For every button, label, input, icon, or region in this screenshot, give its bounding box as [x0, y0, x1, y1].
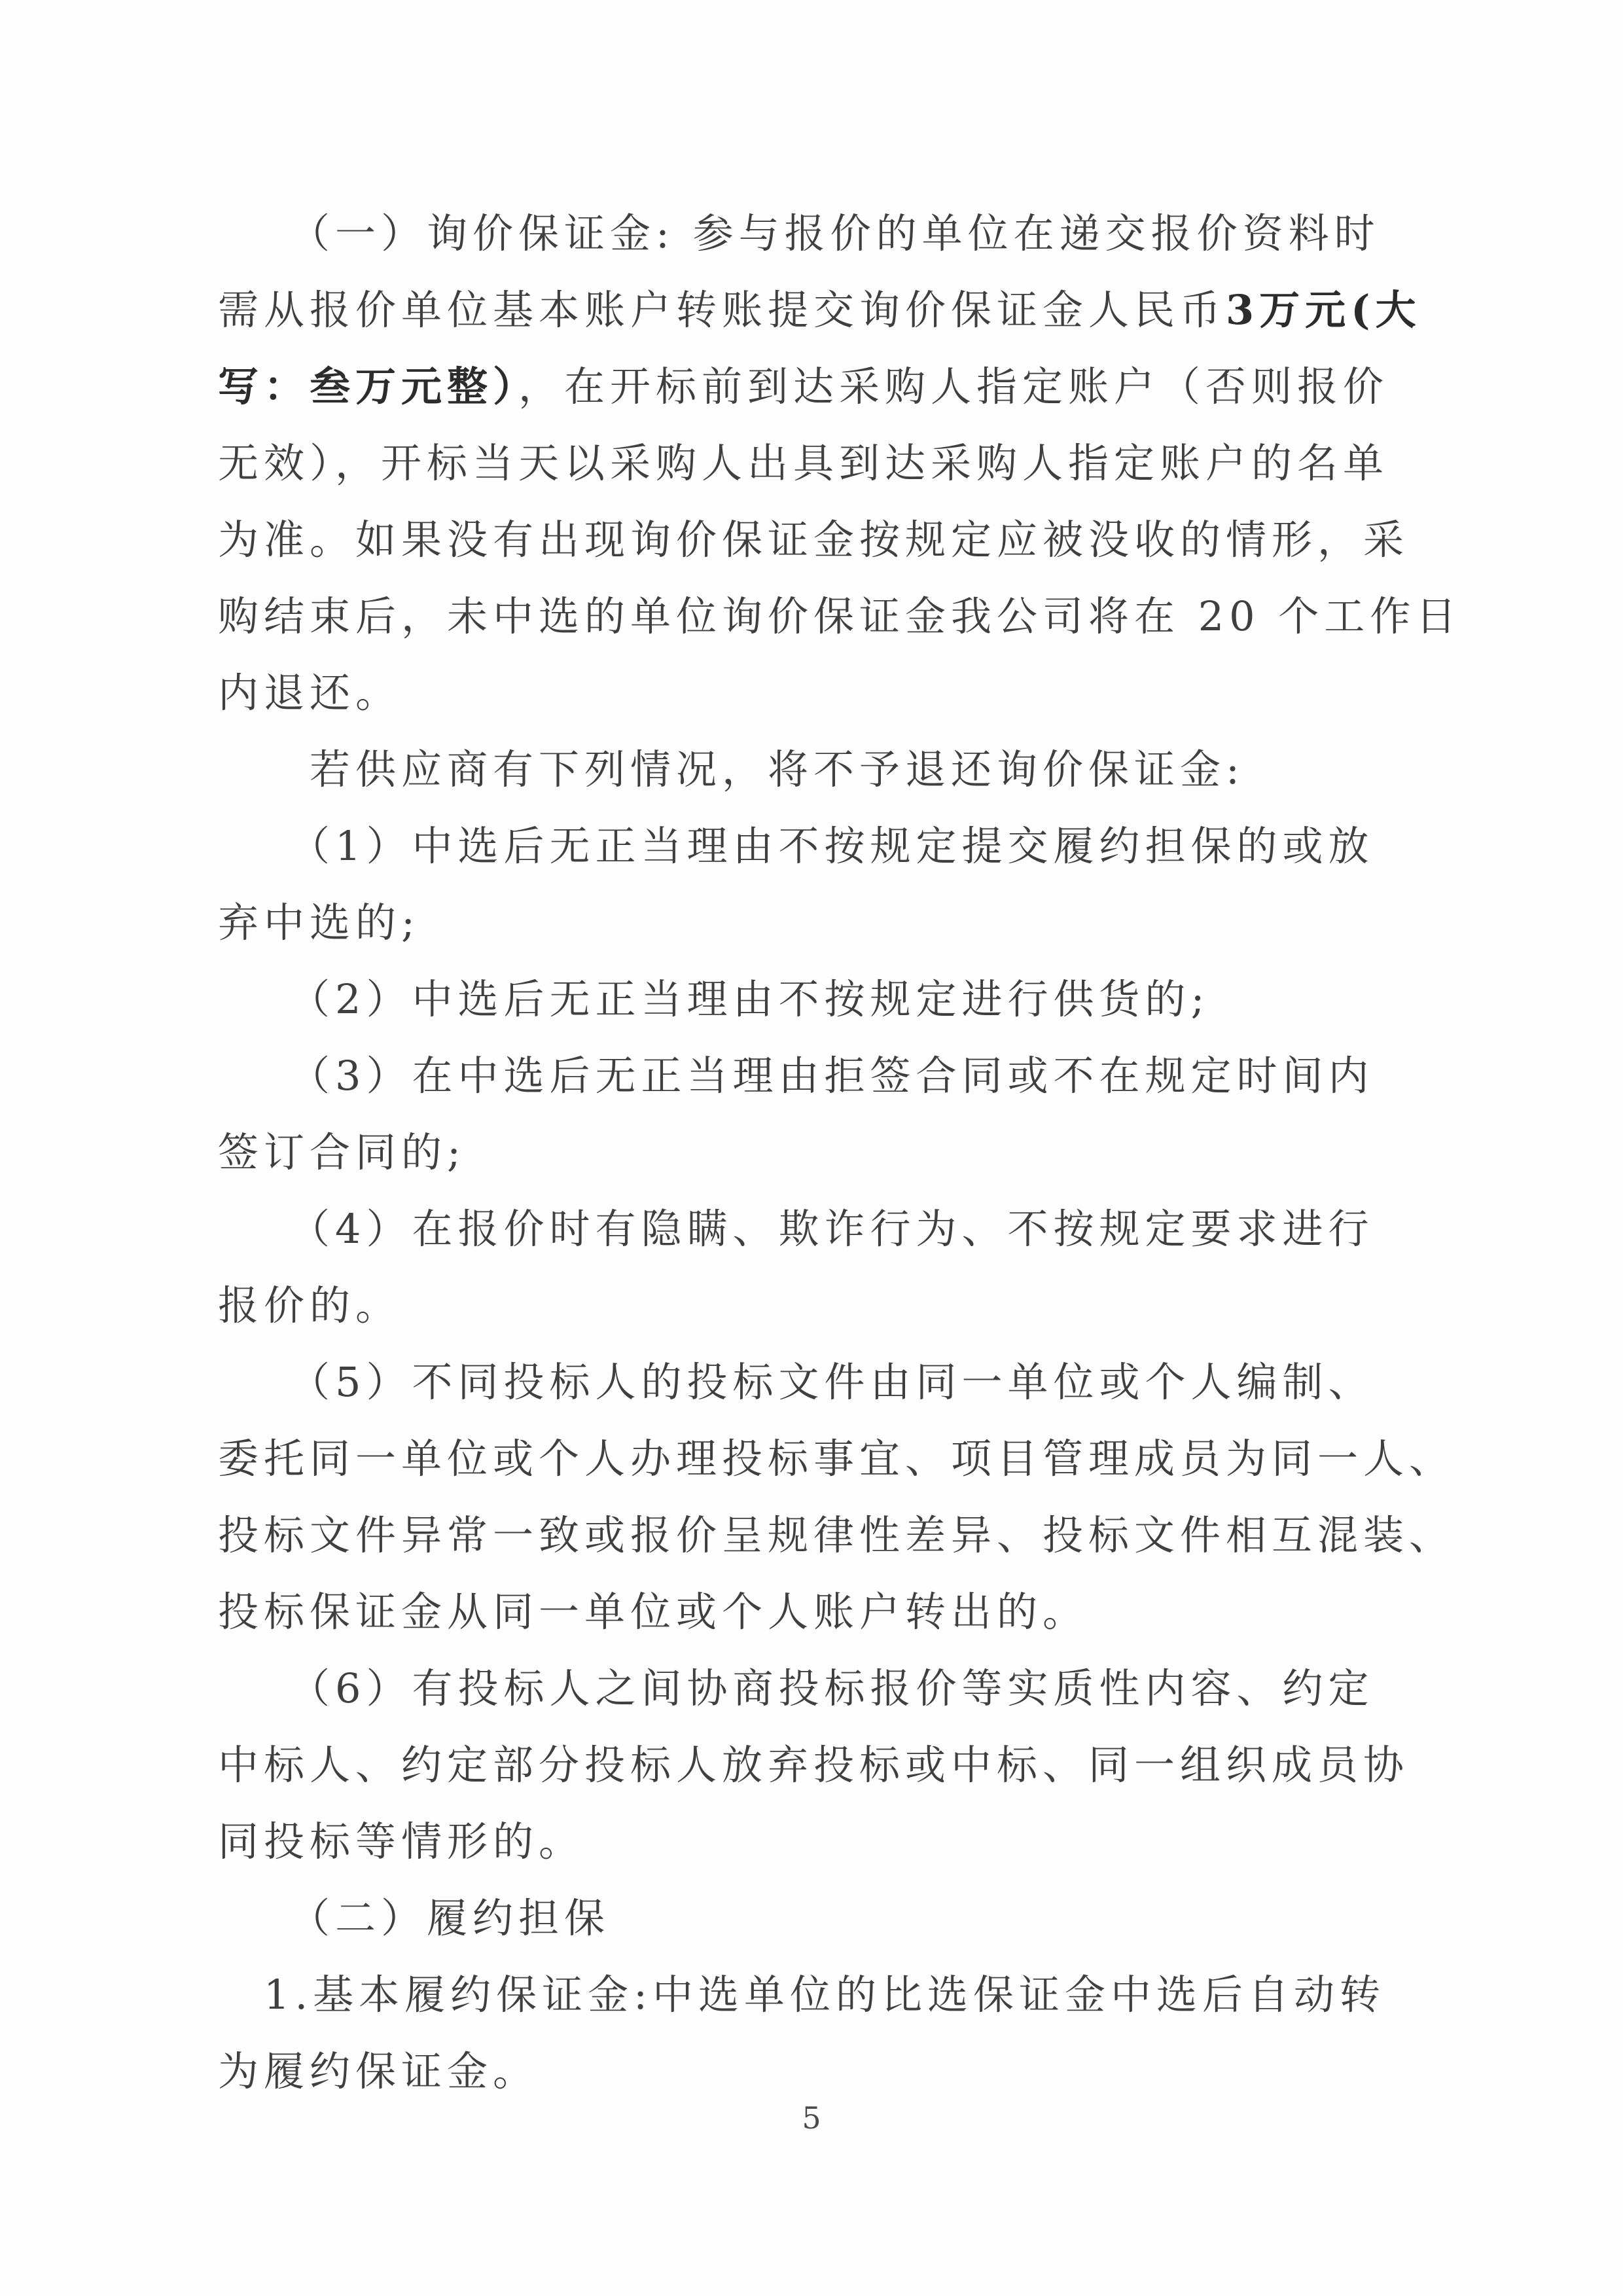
page-number: 5 — [0, 2097, 1623, 2139]
text-segment-bold: 写：叁万元整） — [218, 363, 518, 410]
text-line: （2）中选后无正当理由不按规定进行供货的; — [218, 961, 1429, 1037]
text-line: （5）不同投标人的投标文件由同一单位或个人编制、 — [218, 1344, 1429, 1420]
text-line: （一）询价保证金: 参与报价的单位在递交报价资料时 — [218, 195, 1429, 272]
text-segment: 中标人、约定部分投标人放弃投标或中标、同一组织成员协 — [218, 1741, 1409, 1789]
text-segment: 内退还。 — [218, 669, 401, 717]
text-segment: （5）不同投标人的投标文件由同一单位或个人编制、 — [218, 1358, 1374, 1406]
text-segment: （6）有投标人之间协商投标报价等实质性内容、约定 — [218, 1664, 1374, 1712]
text-line: 投标文件异常一致或报价呈规律性差异、投标文件相互混装、 — [218, 1497, 1429, 1573]
text-segment-bold: 3万元(大 — [1226, 286, 1421, 334]
text-segment: 为准。如果没有出现询价保证金按规定应被没收的情形，采 — [218, 516, 1409, 564]
text-line: 内退还。 — [218, 655, 1429, 731]
text-segment: （1）中选后无正当理由不按规定提交履约担保的或放 — [218, 822, 1374, 870]
text-segment: （4）在报价时有隐瞒、欺诈行为、不按规定要求进行 — [218, 1205, 1374, 1253]
text-segment: （二）履约担保 — [218, 1894, 610, 1942]
text-segment: 购结束后，未中选的单位询价保证金我公司将在 20 个工作日 — [218, 592, 1461, 640]
text-segment: 投标文件异常一致或报价呈规律性差异、投标文件相互混装、 — [218, 1511, 1455, 1559]
text-segment: 投标保证金从同一单位或个人账户转出的。 — [218, 1588, 1088, 1636]
text-segment: 签订合同的; — [218, 1128, 466, 1176]
text-segment: （3）在中选后无正当理由拒签合同或不在规定时间内 — [218, 1052, 1374, 1100]
text-line: 购结束后，未中选的单位询价保证金我公司将在 20 个工作日 — [218, 578, 1429, 655]
text-segment: 1.基本履约保证金:中选单位的比选保证金中选后自动转 — [218, 1971, 1385, 2018]
text-segment: 委托同一单位或个人办理投标事宜、项目管理成员为同一人、 — [218, 1435, 1455, 1482]
text-line: 报价的。 — [218, 1267, 1429, 1344]
text-line: （二）履约担保 — [218, 1880, 1429, 1956]
document-body: （一）询价保证金: 参与报价的单位在递交报价资料时需从报价单位基本账户转账提交询… — [218, 195, 1429, 2109]
text-line: 无效），开标当天以采购人出具到达采购人指定账户的名单 — [218, 425, 1429, 501]
document-page: （一）询价保证金: 参与报价的单位在递交报价资料时需从报价单位基本账户转账提交询… — [0, 0, 1623, 2296]
text-line: 需从报价单位基本账户转账提交询价保证金人民币3万元(大 — [218, 272, 1429, 348]
text-segment: 无效），开标当天以采购人出具到达采购人指定账户的名单 — [218, 439, 1389, 487]
text-line: （4）在报价时有隐瞒、欺诈行为、不按规定要求进行 — [218, 1191, 1429, 1267]
text-segment: 同投标等情形的。 — [218, 1818, 584, 1865]
text-segment: 需从报价单位基本账户转账提交询价保证金人民币 — [218, 286, 1226, 334]
text-segment: （2）中选后无正当理由不按规定进行供货的; — [218, 975, 1209, 1023]
text-line: 投标保证金从同一单位或个人账户转出的。 — [218, 1573, 1429, 1650]
text-line: 写：叁万元整），在开标前到达采购人指定账户（否则报价 — [218, 348, 1429, 425]
text-line: 签订合同的; — [218, 1114, 1429, 1191]
text-line: （1）中选后无正当理由不按规定提交履约担保的或放 — [218, 808, 1429, 884]
text-line: 为准。如果没有出现询价保证金按规定应被没收的情形，采 — [218, 501, 1429, 578]
text-line: 中标人、约定部分投标人放弃投标或中标、同一组织成员协 — [218, 1727, 1429, 1803]
text-segment: （一）询价保证金: 参与报价的单位在递交报价资料时 — [218, 209, 1380, 257]
text-line: （6）有投标人之间协商投标报价等实质性内容、约定 — [218, 1650, 1429, 1727]
text-segment: 报价的。 — [218, 1282, 401, 1329]
text-segment: 弃中选的; — [218, 899, 420, 946]
text-line: 同投标等情形的。 — [218, 1803, 1429, 1880]
text-segment: 若供应商有下列情况，将不予退还询价保证金: — [218, 745, 1245, 793]
text-segment: ，在开标前到达采购人指定账户（否则报价 — [518, 363, 1389, 410]
text-segment: 为履约保证金。 — [218, 2047, 539, 2095]
text-line: 1.基本履约保证金:中选单位的比选保证金中选后自动转 — [218, 1956, 1429, 2033]
text-line: 委托同一单位或个人办理投标事宜、项目管理成员为同一人、 — [218, 1420, 1429, 1497]
text-line: 若供应商有下列情况，将不予退还询价保证金: — [218, 731, 1429, 808]
text-line: 弃中选的; — [218, 884, 1429, 961]
text-line: （3）在中选后无正当理由拒签合同或不在规定时间内 — [218, 1037, 1429, 1114]
